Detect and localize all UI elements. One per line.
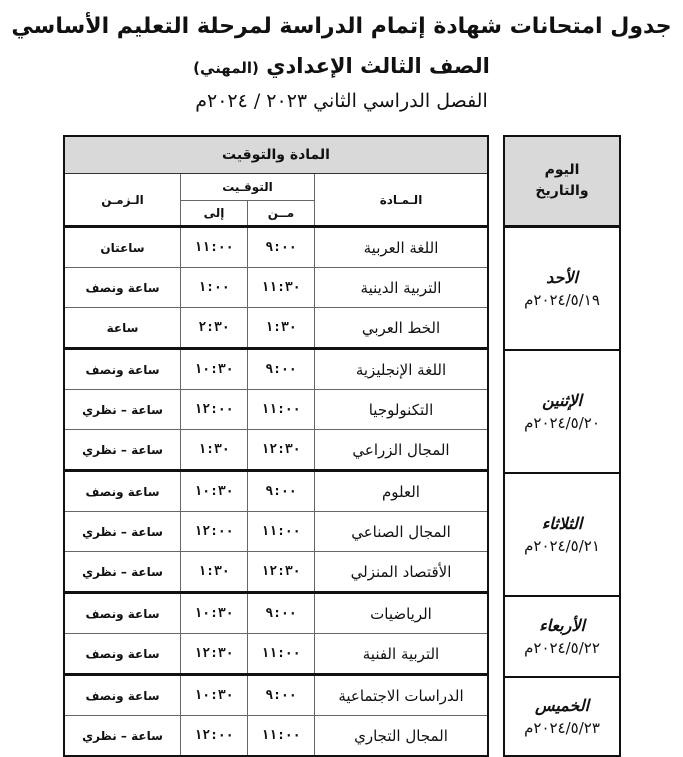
to-cell: ١٢:٠٠ — [181, 716, 248, 757]
day-date: ٢٠٢٤/٥/٢٠م — [505, 414, 619, 432]
subject-cell: المجال التجاري — [315, 716, 489, 757]
subject-column-header: الـمـادة — [315, 174, 489, 227]
from-cell: ١٢:٣٠ — [248, 552, 315, 593]
table-row: التكنولوجيا ١١:٠٠ ١٢:٠٠ ساعة – نظري — [64, 390, 488, 430]
from-cell: ٩:٠٠ — [248, 593, 315, 634]
to-column-header: إلى — [181, 201, 248, 227]
table-row: الدراسات الاجتماعية ٩:٠٠ ١٠:٣٠ ساعة ونصف — [64, 675, 488, 716]
subject-cell: اللغة الإنجليزية — [315, 349, 489, 390]
to-cell: ١:٣٠ — [181, 430, 248, 471]
table-row: المجال التجاري ١١:٠٠ ١٢:٠٠ ساعة – نظري — [64, 716, 488, 757]
from-cell: ١١:٠٠ — [248, 634, 315, 675]
to-cell: ١٢:٠٠ — [181, 390, 248, 430]
day-name: الأربعاء — [505, 616, 619, 635]
from-cell: ٩:٠٠ — [248, 349, 315, 390]
subject-cell: المجال الزراعي — [315, 430, 489, 471]
duration-cell: ساعة — [64, 308, 181, 349]
duration-cell: ساعة – نظري — [64, 716, 181, 757]
day-date: ٢٠٢٤/٥/٢١م — [505, 537, 619, 555]
day-header-label: اليوم — [545, 162, 580, 178]
subject-cell: الرياضيات — [315, 593, 489, 634]
schedule-table: المادة والتوقيت الـمـادة التوقـيت الـزمـ… — [63, 135, 489, 757]
to-cell: ١:٠٠ — [181, 268, 248, 308]
title-line-3: الفصل الدراسي الثاني ٢٠٢٣ / ٢٠٢٤م — [0, 90, 683, 112]
day-cell: الإثنين ٢٠٢٤/٥/٢٠م — [504, 350, 620, 473]
table-row: الخط العربي ١:٣٠ ٢:٣٠ ساعة — [64, 308, 488, 349]
title-line-1: جدول امتحانات شهادة إتمام الدراسة لمرحلة… — [0, 14, 683, 39]
grade-label: الصف الثالث الإعدادي — [266, 54, 490, 78]
track-label: (المهني) — [193, 59, 259, 77]
day-date: ٢٠٢٤/٥/٢٣م — [505, 719, 619, 737]
subject-cell: العلوم — [315, 471, 489, 512]
days-table: اليوم والتاريخ الأحد ٢٠٢٤/٥/١٩م الإثنين … — [503, 135, 621, 757]
duration-cell: ساعة ونصف — [64, 471, 181, 512]
subject-cell: المجال الصناعي — [315, 512, 489, 552]
to-cell: ١:٣٠ — [181, 552, 248, 593]
date-header-label: والتاريخ — [535, 183, 588, 199]
duration-cell: ساعة – نظري — [64, 552, 181, 593]
table-row: التربية الدينية ١١:٣٠ ١:٠٠ ساعة ونصف — [64, 268, 488, 308]
duration-column-header: الـزمـن — [64, 174, 181, 227]
from-cell: ١١:٣٠ — [248, 268, 315, 308]
table-row: المجال الصناعي ١١:٠٠ ١٢:٠٠ ساعة – نظري — [64, 512, 488, 552]
to-cell: ٢:٣٠ — [181, 308, 248, 349]
duration-cell: ساعة – نظري — [64, 430, 181, 471]
to-cell: ١٠:٣٠ — [181, 349, 248, 390]
duration-cell: ساعة ونصف — [64, 675, 181, 716]
table-row: العلوم ٩:٠٠ ١٠:٣٠ ساعة ونصف — [64, 471, 488, 512]
day-date: ٢٠٢٤/٥/١٩م — [505, 291, 619, 309]
duration-cell: ساعة ونصف — [64, 634, 181, 675]
group-header: المادة والتوقيت — [64, 136, 488, 174]
duration-cell: ساعة ونصف — [64, 593, 181, 634]
to-cell: ١٢:٣٠ — [181, 634, 248, 675]
day-name: الثلاثاء — [505, 514, 619, 533]
to-cell: ١٠:٣٠ — [181, 471, 248, 512]
to-cell: ١٢:٠٠ — [181, 512, 248, 552]
to-cell: ١١:٠٠ — [181, 227, 248, 268]
from-column-header: مــن — [248, 201, 315, 227]
day-name: الأحد — [505, 268, 619, 287]
table-row: التربية الفنية ١١:٠٠ ١٢:٣٠ ساعة ونصف — [64, 634, 488, 675]
to-cell: ١٠:٣٠ — [181, 675, 248, 716]
from-cell: ٩:٠٠ — [248, 471, 315, 512]
day-cell: الأحد ٢٠٢٤/٥/١٩م — [504, 227, 620, 351]
day-date: ٢٠٢٤/٥/٢٢م — [505, 639, 619, 657]
day-date-header: اليوم والتاريخ — [504, 136, 620, 227]
duration-cell: ساعة – نظري — [64, 390, 181, 430]
duration-cell: ساعتان — [64, 227, 181, 268]
timing-column-header: التوقـيت — [181, 174, 315, 201]
from-cell: ١٢:٣٠ — [248, 430, 315, 471]
from-cell: ٩:٠٠ — [248, 227, 315, 268]
subject-cell: التربية الدينية — [315, 268, 489, 308]
subject-cell: اللغة العربية — [315, 227, 489, 268]
duration-cell: ساعة – نظري — [64, 512, 181, 552]
duration-cell: ساعة ونصف — [64, 268, 181, 308]
subject-cell: الأقتصاد المنزلي — [315, 552, 489, 593]
table-row: الرياضيات ٩:٠٠ ١٠:٣٠ ساعة ونصف — [64, 593, 488, 634]
table-row: اللغة الإنجليزية ٩:٠٠ ١٠:٣٠ ساعة ونصف — [64, 349, 488, 390]
day-name: الخميس — [505, 696, 619, 715]
subject-cell: التربية الفنية — [315, 634, 489, 675]
from-cell: ١١:٠٠ — [248, 512, 315, 552]
table-row: اللغة العربية ٩:٠٠ ١١:٠٠ ساعتان — [64, 227, 488, 268]
table-row: الأقتصاد المنزلي ١٢:٣٠ ١:٣٠ ساعة – نظري — [64, 552, 488, 593]
day-cell: الخميس ٢٠٢٤/٥/٢٣م — [504, 677, 620, 756]
from-cell: ١١:٠٠ — [248, 390, 315, 430]
day-cell: الثلاثاء ٢٠٢٤/٥/٢١م — [504, 473, 620, 596]
duration-cell: ساعة ونصف — [64, 349, 181, 390]
table-row: المجال الزراعي ١٢:٣٠ ١:٣٠ ساعة – نظري — [64, 430, 488, 471]
from-cell: ١١:٠٠ — [248, 716, 315, 757]
subject-cell: الخط العربي — [315, 308, 489, 349]
subject-cell: الدراسات الاجتماعية — [315, 675, 489, 716]
day-name: الإثنين — [505, 391, 619, 410]
day-cell: الأربعاء ٢٠٢٤/٥/٢٢م — [504, 596, 620, 677]
title-line-2: الصف الثالث الإعدادي (المهني) — [0, 54, 683, 78]
from-cell: ٩:٠٠ — [248, 675, 315, 716]
from-cell: ١:٣٠ — [248, 308, 315, 349]
to-cell: ١٠:٣٠ — [181, 593, 248, 634]
subject-cell: التكنولوجيا — [315, 390, 489, 430]
